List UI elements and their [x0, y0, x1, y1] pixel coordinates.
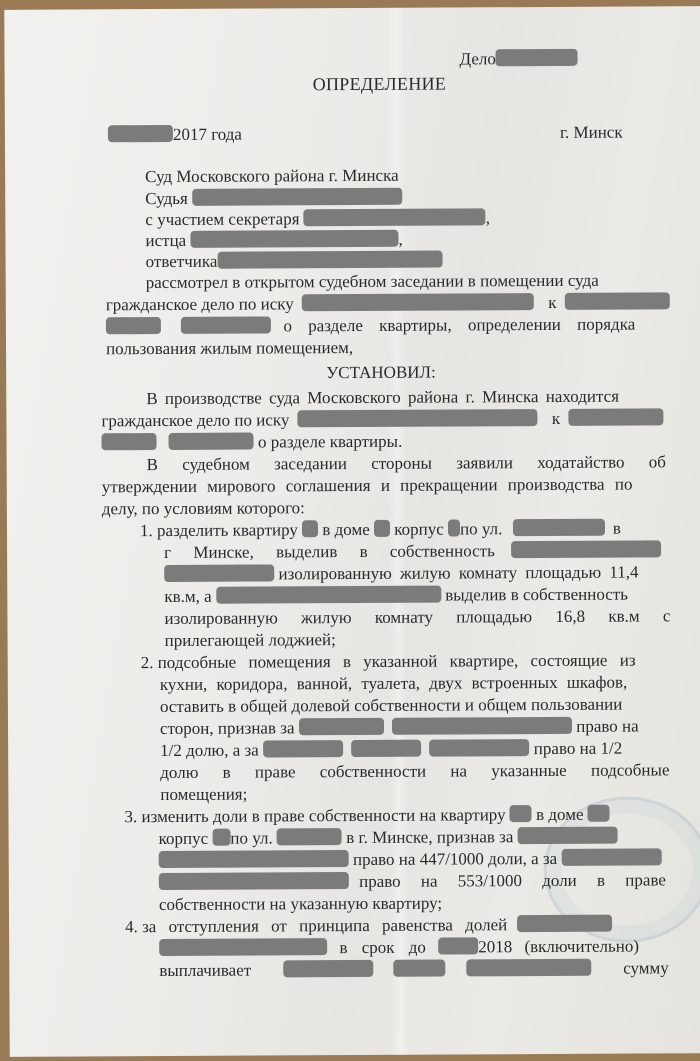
p2-line-3: делу, по условиям которого:: [102, 498, 305, 519]
redacted-party: [298, 409, 538, 427]
p2-line-1: В судебном заседании стороны заявили ход…: [147, 452, 666, 475]
redacted-party: [159, 938, 327, 956]
redacted-party: [299, 718, 384, 735]
redacted-party: [568, 408, 663, 425]
item-2-line-1: 2. подсобные помещения в указанной кварт…: [141, 651, 636, 674]
page-title: ОПРЕДЕЛЕНИЕ: [313, 74, 447, 95]
redacted-party: [511, 540, 661, 558]
redacted-party: [159, 872, 349, 890]
item-3-line-4: право на 553/1000 доли в праве: [159, 870, 666, 893]
established-heading: УСТАНОВИЛ:: [326, 363, 436, 384]
redacted-party: [351, 740, 421, 757]
redacted-party: [159, 850, 349, 868]
item-4-line-1: 4. за отступления от принципа равенства …: [125, 915, 613, 938]
redacted-party: [263, 740, 343, 757]
redacted-party: [302, 293, 534, 311]
redacted-party: [164, 564, 274, 582]
item-1-line-4: кв.м, а выделив в собственность: [164, 585, 628, 607]
item-2-line-2: кухни, коридора, ванной, туалета, двух в…: [160, 673, 628, 695]
redacted-party: [392, 717, 572, 735]
defendant-line: ответчика: [146, 251, 443, 273]
redacted-house: [588, 805, 610, 822]
item-2-line-5: 1/2 долю, а за право на 1/2: [160, 739, 622, 761]
case-number: Дело: [459, 49, 577, 70]
plaintiff-line: истца ,: [145, 230, 402, 251]
intro-line-1: рассмотрел в открытом судебном заседании…: [146, 270, 686, 293]
item-2-line-4: сторон, признав за право на: [160, 717, 639, 740]
redacted-party: [169, 433, 254, 450]
item-3-line-5: собственности на указанную квартиру;: [159, 894, 442, 915]
judge-line: Судья: [145, 188, 402, 209]
document-date: 2017 года: [108, 125, 242, 146]
p1-line-1: В производстве суда Московского района г…: [146, 387, 619, 409]
intro-line-4: пользования жилым помещением,: [106, 338, 353, 359]
redacted-party: [466, 959, 591, 977]
redacted-party: [517, 915, 612, 932]
redacted-house: [374, 520, 390, 537]
item-1-line-1: 1. разделить квартиру в доме корпус по у…: [140, 519, 621, 542]
redacted-party: [518, 827, 618, 845]
redacted-date: [108, 125, 173, 142]
redacted-party: [106, 317, 161, 334]
p2-line-2: утверждении мирового соглашения и прекра…: [102, 475, 633, 498]
item-2-line-6: долю в праве собственности на указанные …: [160, 760, 669, 783]
redacted-party: [283, 960, 373, 977]
redacted-date: [438, 937, 478, 954]
redacted-party: [565, 292, 670, 310]
item-2-line-7: помещения;: [160, 785, 247, 805]
item-2-line-3: оставить в общей долевой собственности и…: [160, 695, 623, 717]
redacted-judge: [192, 188, 402, 206]
redacted-apt: [302, 520, 318, 537]
redacted-party: [561, 848, 661, 866]
item-1-line-2: г Минске, выделив в собственность: [164, 540, 661, 563]
court-name: Суд Московского района г. Минска: [145, 166, 399, 187]
item-3-line-2: корпус по ул. в г. Минске, признав за: [159, 827, 618, 849]
p1-line-2: гражданское дело по иску к: [101, 408, 691, 431]
item-3-line-1: 3. изменить доли в праве собственности н…: [124, 805, 609, 828]
item-4-line-3: выплачивает сумму: [159, 958, 669, 981]
p1-line-3: о разделе квартиры.: [101, 432, 402, 454]
redacted-party: [394, 960, 446, 977]
item-4-line-2: в срок до 2018 (включительно): [159, 937, 639, 960]
redacted-party: [181, 316, 271, 333]
document-city: г. Минск: [560, 123, 623, 143]
redacted-plaintiff: [190, 230, 398, 248]
document-page: Дело ОПРЕДЕЛЕНИЕ 2017 года г. Минск Суд …: [4, 6, 700, 1057]
redacted-building: [212, 829, 230, 846]
redacted-building: [448, 519, 460, 536]
item-3-line-3: право на 447/1000 доли, а за: [159, 848, 662, 871]
redacted-party: [216, 586, 441, 604]
redacted-street: [277, 828, 342, 845]
redacted-party: [429, 739, 529, 757]
item-1-line-3: изолированную жилую комнату площадью 11,…: [164, 563, 638, 585]
redacted-apt: [510, 805, 532, 822]
redacted-case-number: [496, 49, 578, 66]
intro-line-2: гражданское дело по иску к: [106, 292, 686, 315]
redacted-party: [101, 433, 156, 450]
item-1-line-5: изолированную жилую комнату площадью 16,…: [164, 606, 670, 629]
intro-line-3: о разделе квартиры, определении порядка: [106, 314, 686, 337]
redacted-defendant: [217, 251, 442, 269]
item-1-line-6: прилегающей лоджией;: [165, 630, 336, 651]
redacted-street: [513, 519, 605, 536]
secretary-line: с участием секретаря ,: [145, 208, 490, 230]
redacted-secretary: [304, 208, 486, 226]
